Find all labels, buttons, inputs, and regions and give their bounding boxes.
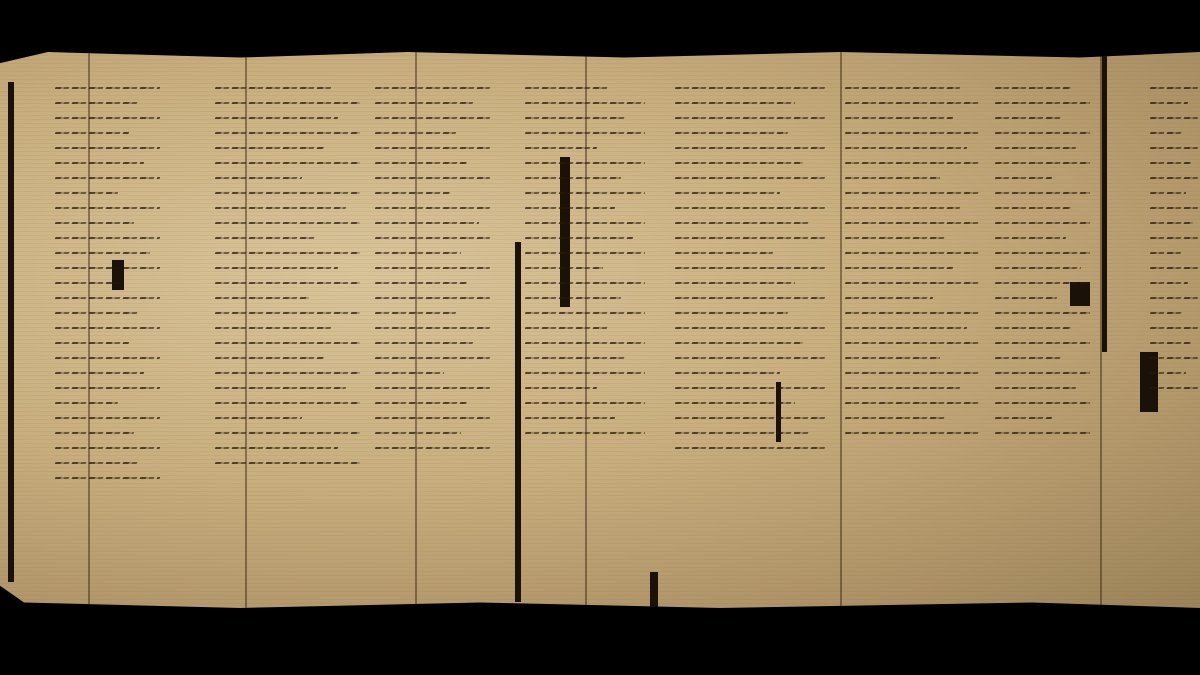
sheet-seam — [840, 52, 842, 608]
damage-crack — [8, 82, 14, 582]
text-column — [1150, 74, 1198, 402]
text-column — [845, 74, 980, 447]
text-column — [375, 74, 490, 462]
text-column — [525, 74, 645, 447]
text-column — [215, 74, 360, 477]
damage-crack — [650, 572, 658, 608]
text-column — [995, 74, 1090, 447]
text-column — [675, 74, 825, 462]
papyrus-scroll — [0, 52, 1200, 608]
damage-crack — [515, 242, 521, 602]
damage-crack — [1102, 52, 1107, 352]
text-column — [55, 74, 160, 492]
